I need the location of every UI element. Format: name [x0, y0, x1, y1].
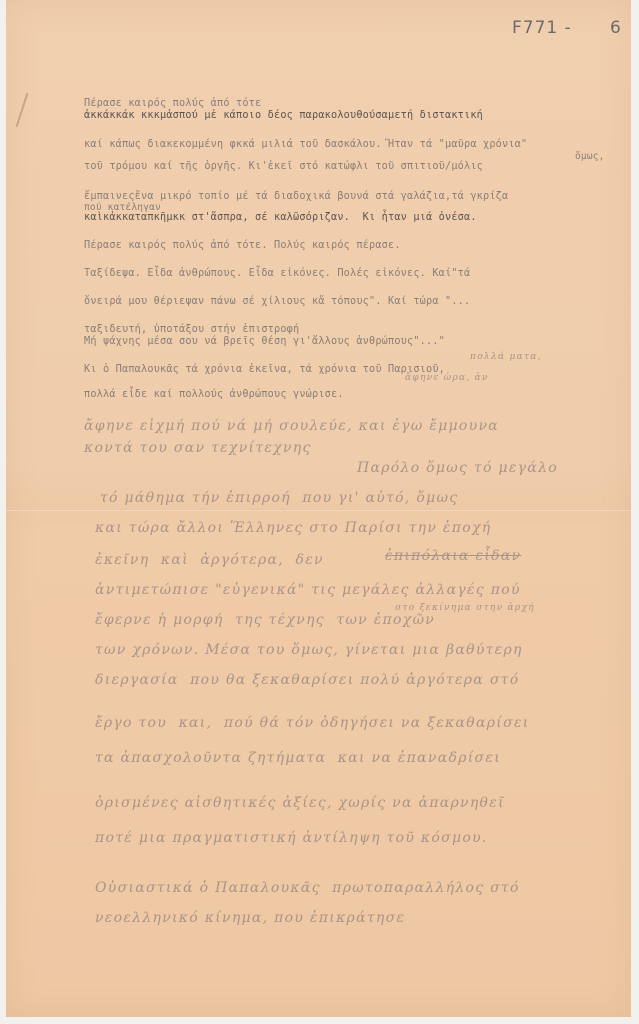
handwritten-line: ἔργο του και, πού θά τόν ὁδηγήσει να ξεκ… [95, 715, 530, 731]
handwritten-line: τα ἀπασχολοῦντα ζητήματα και να ἐπαναδρί… [95, 750, 501, 766]
typed-line: ὄνειρά μου θέριεψαν πάνω σέ χίλιους κἄ τ… [84, 296, 470, 307]
handwritten-line: ποτέ μια πραγματιστική ἀντίληψη τοῦ κόσμ… [95, 830, 488, 846]
typed-line: Μή ψάχνης μέσα σου νά βρεῖς θέση γι'ἄλλο… [84, 336, 445, 347]
handwritten-line: κοντά του σαν τεχνίτεχνης [84, 440, 312, 456]
typed-line: Πέρασε καιρός πολύς ἀπό τότε. Πολύς καιρ… [84, 240, 401, 251]
typed-line: ἔμπαινεςἔνα μικρό τοπίο μέ τά διαδοχικά … [84, 191, 508, 202]
handwritten-line: ὁρισμένες αἰσθητικές ἀξίες, χωρίς να ἀπα… [95, 795, 505, 811]
handwritten-line: και τώρα ἄλλοι Ἕλληνες στο Παρίσι την ἐπ… [95, 520, 491, 536]
page-number: 6 [610, 18, 622, 38]
handwritten-line: πολλά ματα, [470, 352, 542, 362]
typed-line: Ταξίδεψα. Εἶδα ἀνθρώπους. Εἶδα εἰκόνες. … [84, 268, 470, 279]
typed-line: καί κάπως διακεκομμένη φκκά μιλιά τοῦ δα… [84, 139, 527, 150]
typed-line: πολλά εἶδε καί πολλούς ἀνθρώπους γνώρισε… [84, 389, 344, 400]
handwritten-line: των χρόνων. Μέσα του ὅμως, γίνεται μια β… [95, 642, 523, 658]
handwritten-line: Οὐσιαστικά ὁ Παπαλουκᾶς πρωτοπαραλλήλος … [95, 880, 520, 896]
handwritten-line: νεοελληνικό κίνημα, που ἐπικράτησε [95, 910, 405, 926]
typed-line: Κι ὁ Παπαλουκᾶς τά χρόνια ἐκεῖνα, τά χρό… [84, 364, 445, 375]
typed-line: ταξιδευτή, ὑποτάξου στήν ἐπιστροφή [84, 324, 299, 335]
typed-line: ἀκκάκκάκ κκκμἀσπού μἐ κάποιο δέος παρακο… [84, 110, 483, 121]
archive-reference: F771 - 6 [512, 18, 572, 38]
typed-line: καὶκἀκκαταπκῆμκκ στ'ἄσπρα, σέ καλῶσόριζα… [84, 212, 477, 223]
reference-code: F771 - [512, 18, 572, 38]
handwritten-line: διεργασία που θα ξεκαθαρίσει πολύ ἀργότε… [95, 672, 519, 688]
handwritten-line: Παρόλο ὅμως τό μεγάλο [357, 460, 558, 476]
typed-line: Πέρασε καιρός πολύς ἀπό τότε [84, 98, 261, 109]
handwritten-line: ἄφηνε εἰχμή πού νά μή σουλεύε, και ἐγω ἔ… [84, 418, 499, 434]
handwritten-line: ἄφηνε ὡρα, ἀν [405, 373, 489, 383]
handwritten-line: ἔφερνε ἡ μορφή της τέχνης των ἐποχῶν [95, 612, 435, 628]
handwritten-struck-text: ἐπιπόλαια εἶδαν [385, 548, 521, 564]
typed-line: ὄμως, [575, 151, 605, 162]
paper-fold-line [6, 509, 631, 512]
handwritten-line: ἐκεῖνη καὶ ἀργότερα, δεν [95, 552, 324, 568]
handwritten-line: ἀντιμετώπισε "εὐγενικά" τις μεγάλες ἀλλα… [95, 582, 521, 598]
handwritten-line: τό μάθημα τήν ἐπιρροή που γι' αὐτό, ὅμως [100, 490, 458, 506]
typed-line: τοῦ τρόμου καί τῆς ὀργῆς. Κι'ἐκεῖ στό κα… [84, 161, 483, 172]
